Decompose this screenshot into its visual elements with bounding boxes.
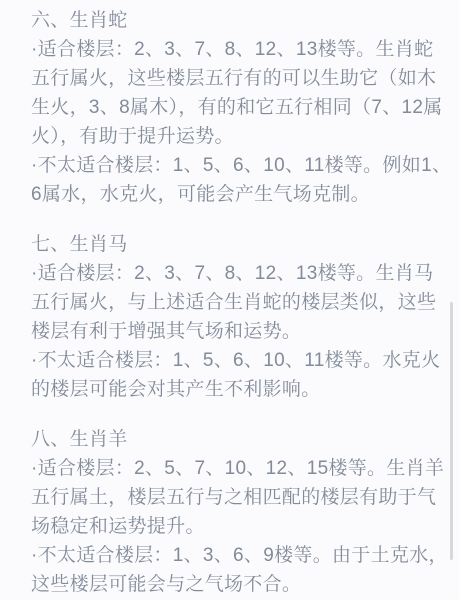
text-line: ·适合楼层：2、3、7、8、12、13楼等。生肖马 xyxy=(31,259,433,288)
text-line: 五行属土，楼层五行与之相匹配的楼层有助于气 xyxy=(31,483,433,512)
text-line: ·不太适合楼层：1、5、6、10、11楼等。水克火 xyxy=(31,346,433,375)
text-line: ·适合楼层：2、3、7、8、12、13楼等。生肖蛇 xyxy=(31,35,433,64)
text-line: 的楼层可能会对其产生不利影响。 xyxy=(31,375,433,404)
text-line: 五行属火，与上述适合生肖蛇的楼层类似，这些 xyxy=(31,288,433,317)
zodiac-section: 八、生肖羊·适合楼层：2、5、7、10、12、15楼等。生肖羊五行属土，楼层五行… xyxy=(31,425,433,599)
text-line: 生火，3、8属木），有的和它五行相同（7、12属 xyxy=(31,93,433,122)
text-line: 这些楼层可能会与之气场不合。 xyxy=(31,570,433,599)
text-line: 楼层有利于增强其气场和运势。 xyxy=(31,317,433,346)
text-line: ·不太适合楼层：1、3、6、9楼等。由于土克水， xyxy=(31,541,433,570)
text-line: 火），有助于提升运势。 xyxy=(31,122,433,151)
zodiac-section: 六、生肖蛇·适合楼层：2、3、7、8、12、13楼等。生肖蛇五行属火，这些楼层五… xyxy=(31,6,433,209)
zodiac-section: 七、生肖马·适合楼层：2、3、7、8、12、13楼等。生肖马五行属火，与上述适合… xyxy=(31,230,433,404)
text-line: 6属水，水克火，可能会产生气场克制。 xyxy=(31,180,433,209)
section-heading: 八、生肖羊 xyxy=(31,425,433,454)
section-heading: 六、生肖蛇 xyxy=(31,6,433,35)
scrollbar-thumb[interactable] xyxy=(450,302,453,560)
text-line: 五行属火，这些楼层五行有的可以生助它（如木 xyxy=(31,64,433,93)
section-heading: 七、生肖马 xyxy=(31,230,433,259)
text-line: ·不太适合楼层：1、5、6、10、11楼等。例如1、 xyxy=(31,151,433,180)
text-line: 场稳定和运势提升。 xyxy=(31,512,433,541)
text-line: ·适合楼层：2、5、7、10、12、15楼等。生肖羊 xyxy=(31,454,433,483)
zodiac-floor-article: 六、生肖蛇·适合楼层：2、3、7、8、12、13楼等。生肖蛇五行属火，这些楼层五… xyxy=(31,6,433,599)
